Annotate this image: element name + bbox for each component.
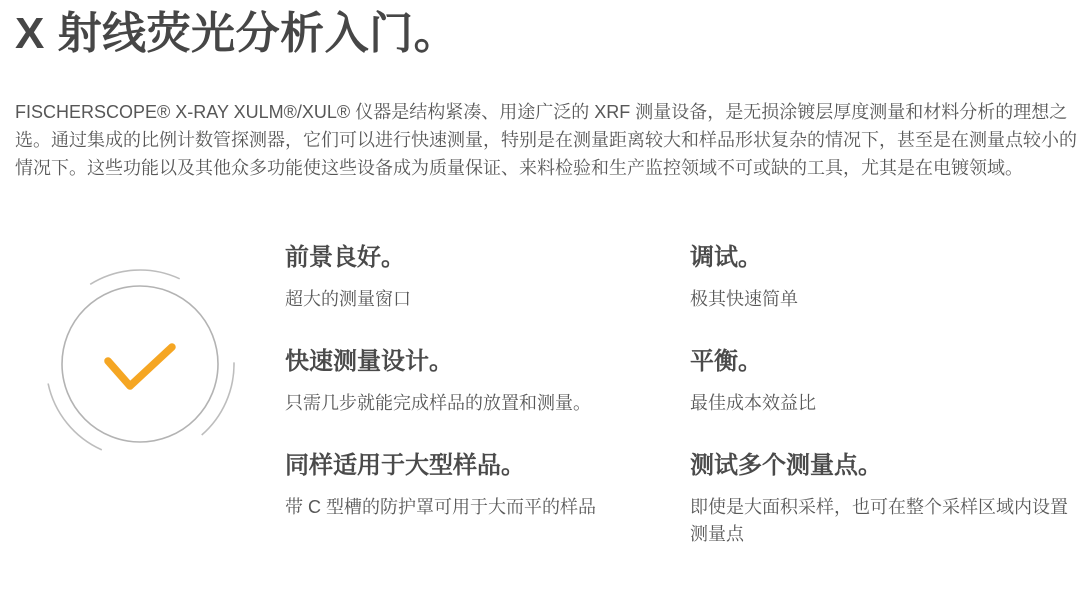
features-section: 前景良好。 超大的测量窗口 快速测量设计。 只需几步就能完成样品的放置和测量。 … <box>15 240 1077 581</box>
feature-item: 同样适用于大型样品。 带 C 型槽的防护罩可用于大而平的样品 <box>285 450 675 521</box>
features-column-right: 调试。 极其快速简单 平衡。 最佳成本效益比 测试多个测量点。 即使是大面积采样… <box>690 242 1076 581</box>
feature-body: 极其快速简单 <box>690 286 1076 313</box>
feature-heading: 同样适用于大型样品。 <box>285 450 675 481</box>
content-section: X 射线荧光分析入门。 FISCHERSCOPE® X-RAY XULM®/XU… <box>0 0 1091 605</box>
feature-heading: 前景良好。 <box>285 242 675 273</box>
feature-item: 平衡。 最佳成本效益比 <box>690 346 1076 417</box>
features-grid: 前景良好。 超大的测量窗口 快速测量设计。 只需几步就能完成样品的放置和测量。 … <box>285 240 1076 581</box>
features-column-left: 前景良好。 超大的测量窗口 快速测量设计。 只需几步就能完成样品的放置和测量。 … <box>285 242 690 581</box>
icon-column <box>15 240 285 474</box>
feature-item: 测试多个测量点。 即使是大面积采样，也可在整个采样区域内设置测量点 <box>690 450 1076 548</box>
circle-outline <box>62 286 218 442</box>
bottom-left-arc <box>48 383 102 449</box>
page-title: X 射线荧光分析入门。 <box>15 8 1077 60</box>
feature-item: 快速测量设计。 只需几步就能完成样品的放置和测量。 <box>285 346 675 417</box>
top-arc <box>90 270 180 284</box>
check-circle-icon <box>30 254 250 474</box>
feature-body: 超大的测量窗口 <box>285 286 675 313</box>
feature-body: 带 C 型槽的防护罩可用于大而平的样品 <box>285 494 675 521</box>
checkmark-icon <box>108 347 172 386</box>
feature-heading: 测试多个测量点。 <box>690 450 1076 481</box>
feature-body: 只需几步就能完成样品的放置和测量。 <box>285 390 675 417</box>
intro-paragraph: FISCHERSCOPE® X-RAY XULM®/XUL® 仪器是结构紧凑、用… <box>15 98 1077 182</box>
feature-item: 前景良好。 超大的测量窗口 <box>285 242 675 313</box>
feature-heading: 平衡。 <box>690 346 1076 377</box>
feature-item: 调试。 极其快速简单 <box>690 242 1076 313</box>
feature-heading: 快速测量设计。 <box>285 346 675 377</box>
feature-body: 即使是大面积采样，也可在整个采样区域内设置测量点 <box>690 494 1076 548</box>
feature-heading: 调试。 <box>690 242 1076 273</box>
feature-body: 最佳成本效益比 <box>690 390 1076 417</box>
